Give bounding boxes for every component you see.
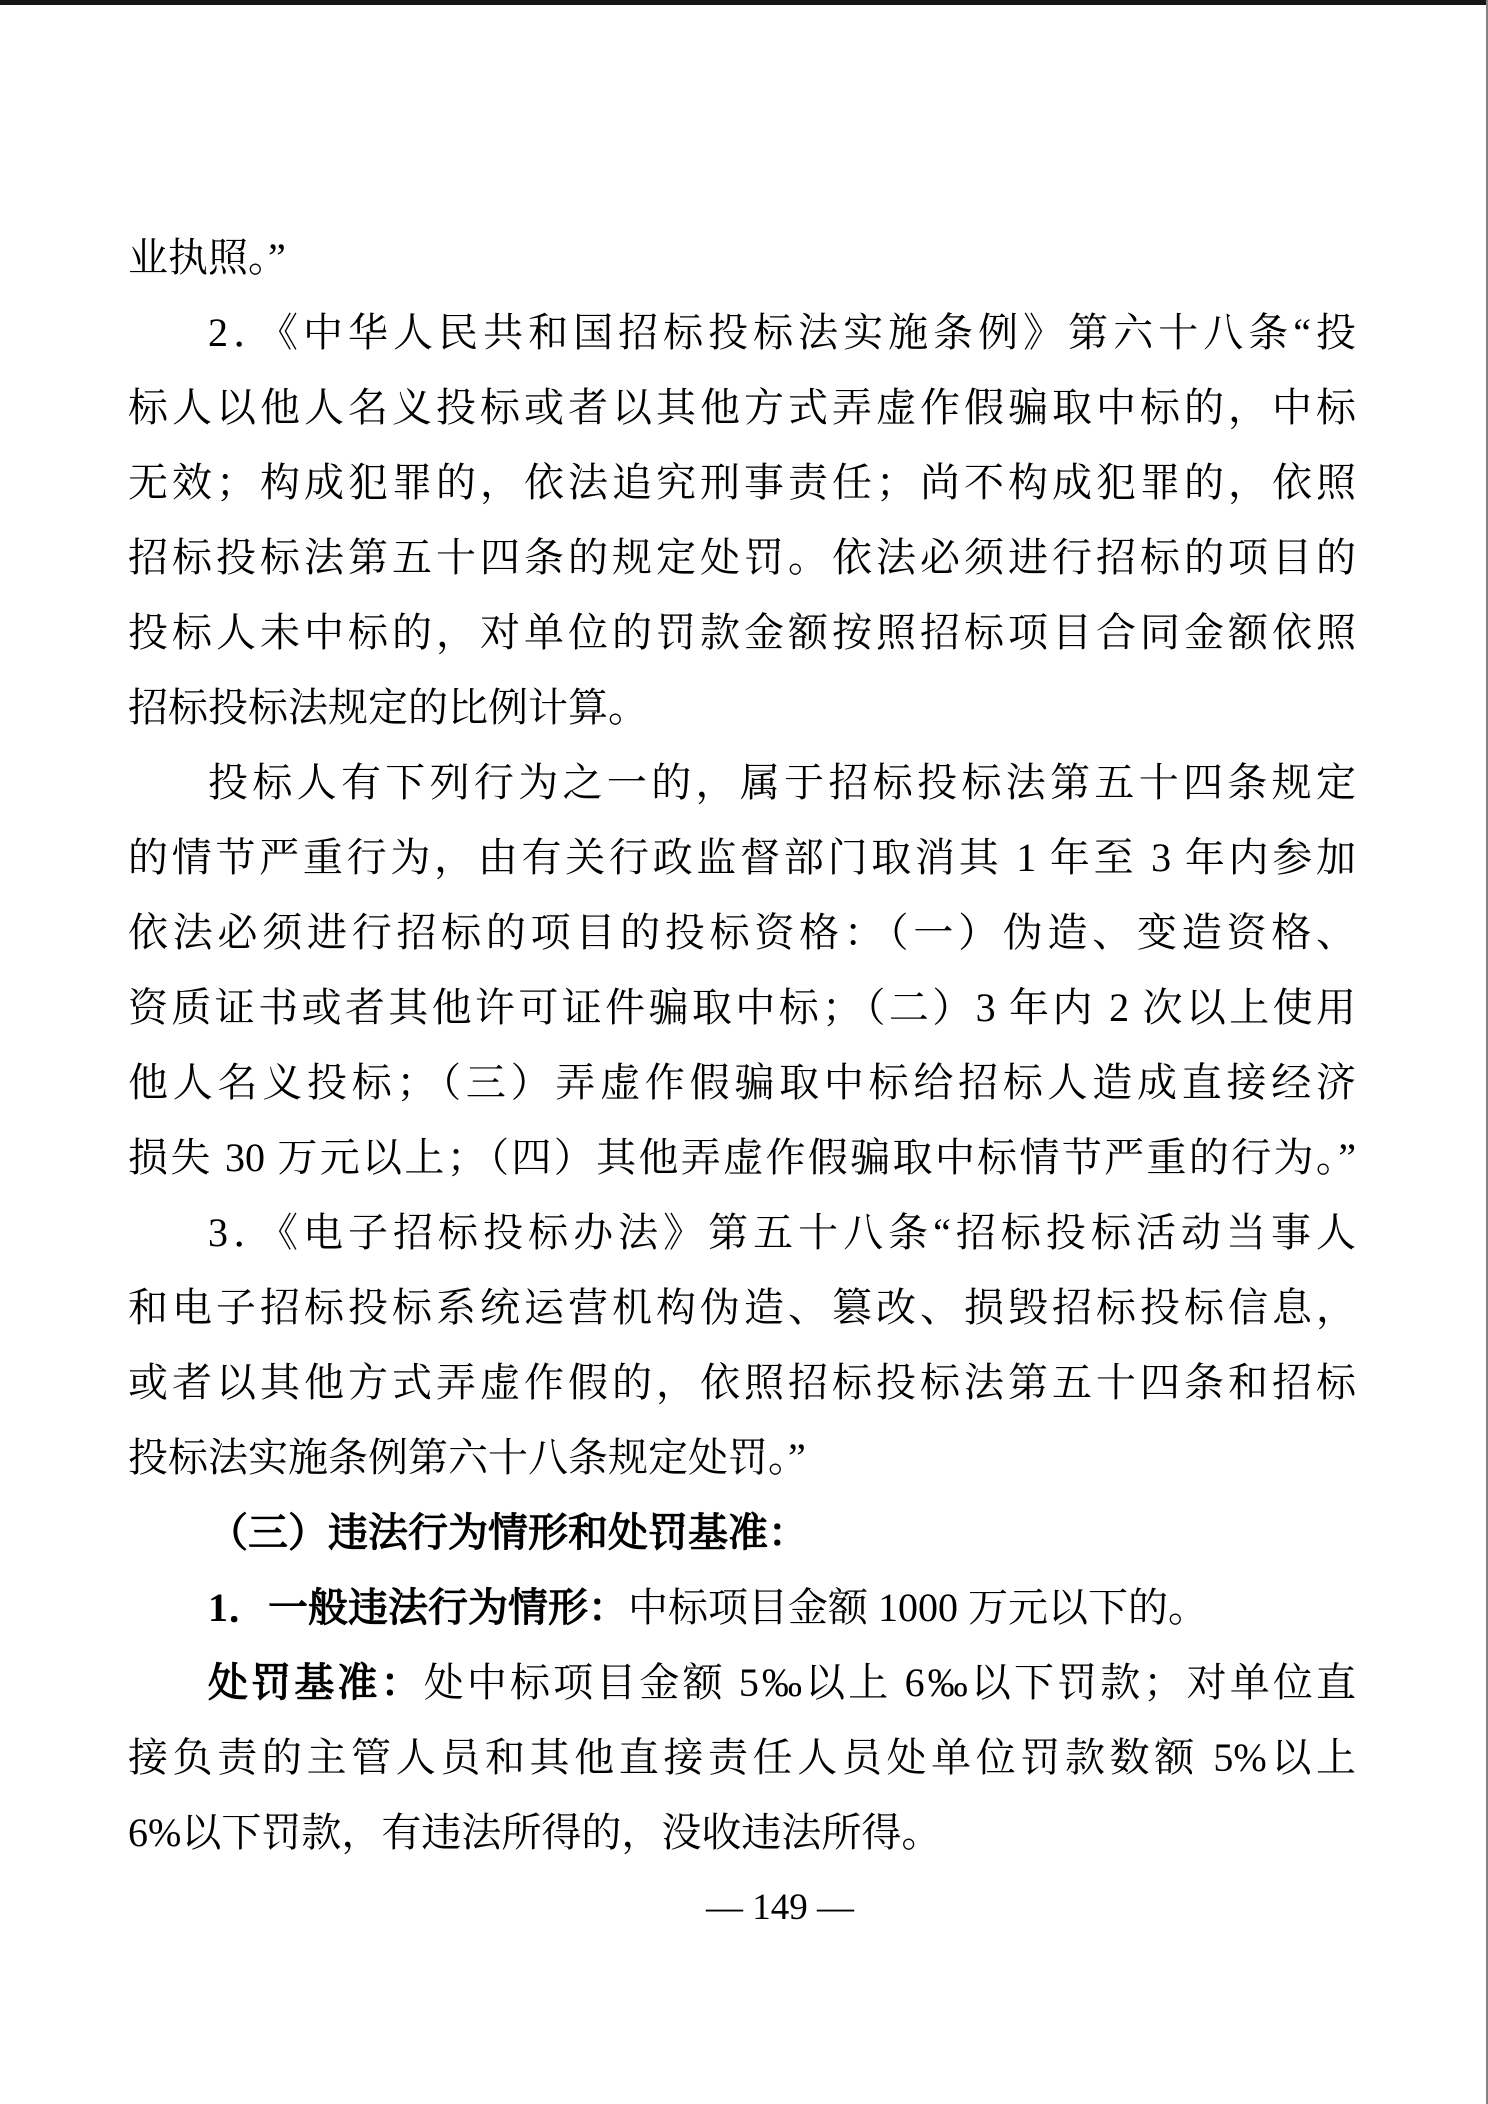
text-segment: 6%以下罚款，有违法所得的，没收违法所得。: [128, 1810, 941, 1855]
text-segment: 或者以其他方式弄虚作假的，依照招标投标法第五十四条和招标: [128, 1360, 1356, 1405]
document-page: 业执照。”2．《中华人民共和国招标投标法实施条例》第六十八条“投标人以他人名义投…: [0, 0, 1488, 2104]
text-line: 处罚基准：处中标项目金额 5‰以上 6‰以下罚款；对单位直: [128, 1645, 1356, 1720]
text-segment: 招标投标法第五十四条的规定处罚。依法必须进行招标的项目的: [128, 535, 1356, 580]
text-segment: 和电子招标投标系统运营机构伪造、篡改、损毁招标投标信息，: [128, 1285, 1356, 1330]
text-segment: 无效；构成犯罪的，依法追究刑事责任；尚不构成犯罪的，依照: [128, 460, 1356, 505]
bold-text-segment: 1．一般违法行为情形：: [208, 1585, 628, 1630]
text-segment: 投标人未中标的，对单位的罚款金额按照招标项目合同金额依照: [128, 610, 1356, 655]
page-number-footer: — 149 —: [166, 1884, 1394, 1932]
text-segment: 中标项目金额 1000 万元以下的。: [628, 1585, 1208, 1630]
text-line: 和电子招标投标系统运营机构伪造、篡改、损毁招标投标信息，: [128, 1270, 1356, 1345]
text-line: 业执照。”: [128, 220, 1356, 295]
text-segment: 标人以他人名义投标或者以其他方式弄虚作假骗取中标的，中标: [128, 385, 1356, 430]
text-line: 接负责的主管人员和其他直接责任人员处单位罚款数额 5%以上: [128, 1720, 1356, 1795]
text-line: 标人以他人名义投标或者以其他方式弄虚作假骗取中标的，中标: [128, 370, 1356, 445]
text-line: 损失 30 万元以上；（四）其他弄虚作假骗取中标情节严重的行为。”: [128, 1120, 1356, 1195]
text-segment: 业执照。”: [128, 235, 286, 280]
text-segment: 资质证书或者其他许可证件骗取中标；（二）3 年内 2 次以上使用: [128, 985, 1356, 1030]
text-segment: 接负责的主管人员和其他直接责任人员处单位罚款数额 5%以上: [128, 1735, 1356, 1780]
text-line: 依法必须进行招标的项目的投标资格：（一）伪造、变造资格、: [128, 895, 1356, 970]
text-segment: 投标人有下列行为之一的，属于招标投标法第五十四条规定: [208, 760, 1356, 805]
text-segment: 的情节严重行为，由有关行政监督部门取消其 1 年至 3 年内参加: [128, 835, 1356, 880]
text-line: 招标投标法第五十四条的规定处罚。依法必须进行招标的项目的: [128, 520, 1356, 595]
text-line: 3．《电子招标投标办法》第五十八条“招标投标活动当事人: [128, 1195, 1356, 1270]
text-line: 投标人有下列行为之一的，属于招标投标法第五十四条规定: [128, 745, 1356, 820]
top-edge-bar: [0, 0, 1488, 5]
text-line: 或者以其他方式弄虚作假的，依照招标投标法第五十四条和招标: [128, 1345, 1356, 1420]
text-segment: 招标投标法规定的比例计算。: [128, 685, 648, 730]
text-line: 的情节严重行为，由有关行政监督部门取消其 1 年至 3 年内参加: [128, 820, 1356, 895]
text-line: 2．《中华人民共和国招标投标法实施条例》第六十八条“投: [128, 295, 1356, 370]
text-line: 1．一般违法行为情形：中标项目金额 1000 万元以下的。: [128, 1570, 1356, 1645]
text-line: （三）违法行为情形和处罚基准：: [128, 1495, 1356, 1570]
text-line: 投标人未中标的，对单位的罚款金额按照招标项目合同金额依照: [128, 595, 1356, 670]
text-line: 无效；构成犯罪的，依法追究刑事责任；尚不构成犯罪的，依照: [128, 445, 1356, 520]
text-line: 投标法实施条例第六十八条规定处罚。”: [128, 1420, 1356, 1495]
text-segment: 2．《中华人民共和国招标投标法实施条例》第六十八条“投: [208, 310, 1356, 355]
text-segment: 依法必须进行招标的项目的投标资格：（一）伪造、变造资格、: [128, 910, 1356, 955]
text-line: 6%以下罚款，有违法所得的，没收违法所得。: [128, 1795, 1356, 1870]
text-segment: 损失 30 万元以上；（四）其他弄虚作假骗取中标情节严重的行为。”: [128, 1135, 1356, 1180]
bold-text-segment: （三）违法行为情形和处罚基准：: [208, 1510, 808, 1555]
text-line: 他人名义投标；（三）弄虚作假骗取中标给招标人造成直接经济: [128, 1045, 1356, 1120]
text-segment: 投标法实施条例第六十八条规定处罚。”: [128, 1435, 806, 1480]
text-line: 资质证书或者其他许可证件骗取中标；（二）3 年内 2 次以上使用: [128, 970, 1356, 1045]
bold-text-segment: 处罚基准：: [208, 1660, 424, 1705]
document-lines: 业执照。”2．《中华人民共和国招标投标法实施条例》第六十八条“投标人以他人名义投…: [128, 220, 1356, 1870]
text-segment: 处中标项目金额 5‰以上 6‰以下罚款；对单位直: [424, 1660, 1356, 1705]
text-segment: 3．《电子招标投标办法》第五十八条“招标投标活动当事人: [208, 1210, 1356, 1255]
text-line: 招标投标法规定的比例计算。: [128, 670, 1356, 745]
text-segment: 他人名义投标；（三）弄虚作假骗取中标给招标人造成直接经济: [128, 1060, 1356, 1105]
